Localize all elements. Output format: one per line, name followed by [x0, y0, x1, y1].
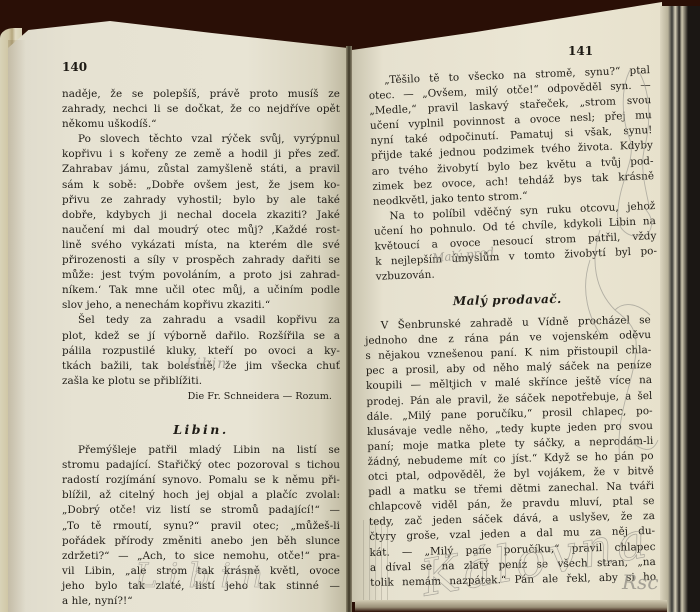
text-line: někomu uškodíš.“ [62, 117, 340, 132]
pencil-initials: Rsc [622, 570, 659, 594]
text-line: blížil, až citelný hoch jej objal a plač… [62, 488, 340, 503]
text-line: může: jest tvým povoláním, a proto jsi z… [62, 268, 340, 283]
text-line: radostí rozjímání synovo. Pomalu se k ně… [62, 473, 340, 488]
text-line: naděje, že se polepšíš, právě proto musí… [62, 87, 340, 102]
text-line: plot, kdež se jí výborně dařilo. Rozšíři… [62, 329, 340, 344]
page-number-right: 141 [568, 44, 593, 58]
left-page-shadow [8, 40, 26, 612]
section-title: Libin. [62, 422, 340, 437]
spacer [62, 404, 340, 420]
text-line: Přemýšleje patřil mladý Libin na listí s… [62, 443, 340, 458]
text-line: a hle, nyní?!“ [62, 594, 340, 609]
text-line: lině svého vykázati místa, na kterém dle… [62, 238, 340, 253]
text-line: Po slovech těchto vzal rýček svůj, vyrýp… [62, 132, 340, 147]
text-line: přivu ze zahrady vyhostil; bylo by ale t… [62, 193, 340, 208]
page-number-left: 140 [62, 60, 87, 74]
text-line: „Dobrý otče! viz listí se stromů padajíc… [62, 503, 340, 518]
text-line: kopřivu i s kořeny ze země a hodil ji př… [62, 147, 340, 162]
text-line: níkem.‘ Tak mne učil otec můj, a učiním … [62, 283, 340, 298]
source-attribution: Die Fr. Schneidera — Rozum. [62, 389, 340, 404]
text-line: zašla ke plotu se přiblížiti. [62, 374, 340, 389]
right-page-edges [660, 6, 700, 612]
paragraph: Po slovech těchto vzal rýček svůj, vyrýp… [62, 132, 340, 313]
paragraph: naděje, že se polepšíš, právě proto musí… [62, 87, 340, 132]
text-line: Šel tedy za zahradu a vsadil kopřivu za [62, 313, 340, 328]
text-line: naučení mi dal moudrý otec můj? ‚Každé r… [62, 223, 340, 238]
text-line: pořádek přírody změniti anebo jen běh sl… [62, 534, 340, 549]
pencil-hatching [363, 520, 393, 600]
text-line: dobře, kdybych ji nechal docela zkaziti?… [62, 208, 340, 223]
paragraph: Šel tedy za zahradu a vsadil kopřivu za … [62, 313, 340, 388]
right-page-bottom-edge [355, 600, 667, 612]
pencil-handwriting: Libin [135, 556, 273, 596]
left-page-text: naděje, že se polepšíš, právě proto musí… [62, 87, 340, 609]
pencil-sketch-figure [560, 60, 660, 500]
text-line: slov jeho, a nenechám kopřivu zkaziti.“ [62, 298, 340, 313]
open-book: 140 naděje, že se polepšíš, právě proto … [0, 0, 700, 612]
text-line: zahrady, nechci li se dočkat, že co nejd… [62, 102, 340, 117]
text-line: přirozenosti a síly v prospěch zahrady d… [62, 253, 340, 268]
text-line: stromu padající. Stařičký otec pozoroval… [62, 458, 340, 473]
text-line: „To tě rmoutí, synu?“ pravil otec; „může… [62, 519, 340, 534]
book-gutter [346, 46, 352, 612]
text-line: sám k sobě: „Dobře ovšem jest, že jsem k… [62, 178, 340, 193]
text-line: Zahrabav jámu, zůstal zamyšleně státi, a… [62, 162, 340, 177]
pencil-annotation: Libin [186, 356, 227, 372]
